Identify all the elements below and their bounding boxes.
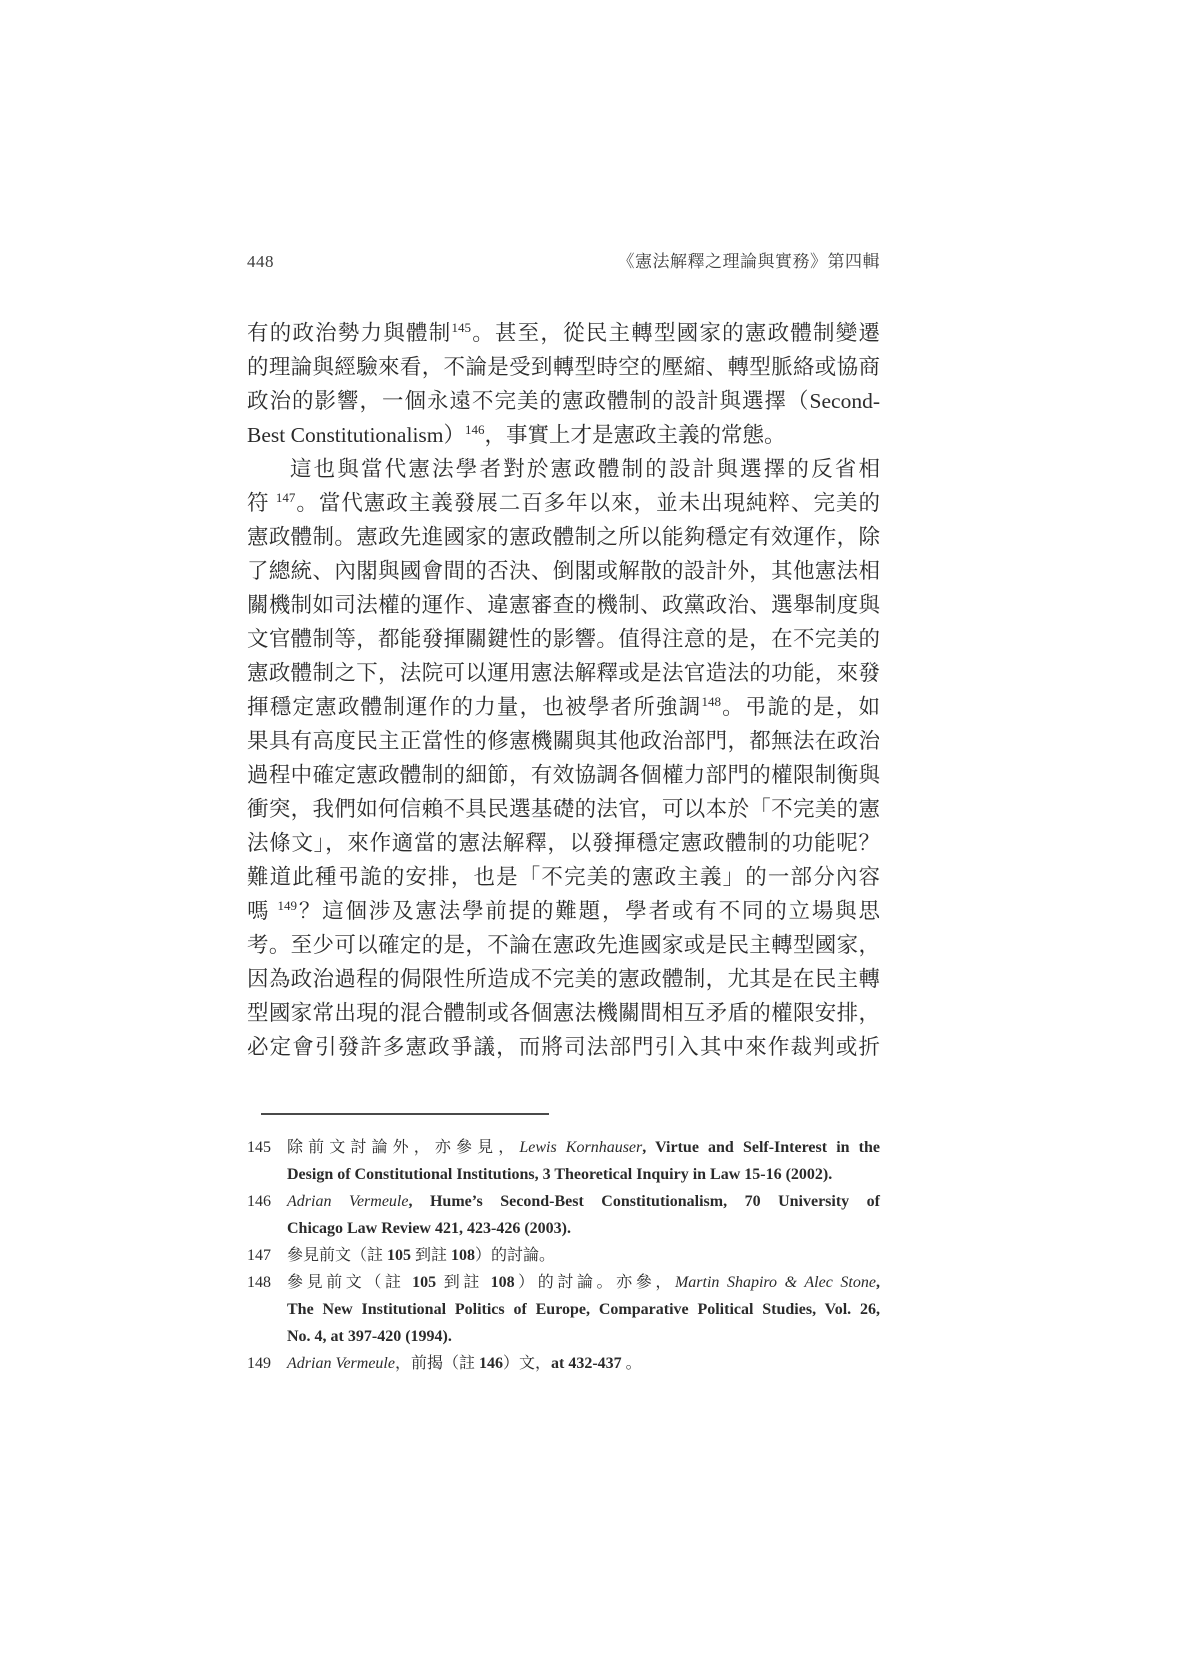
- running-head-title: 《憲法解釋之理論與實務》第四輯: [618, 252, 881, 272]
- text-segment: 果具有高度民主正當性的修憲機關與其他政治部門，都無法在政治: [247, 729, 880, 753]
- body-line: 文官體制等，都能發揮關鍵性的影響。值得注意的是，在不完美的: [247, 622, 880, 656]
- footnote-number: 145: [247, 1134, 287, 1188]
- footnote: 149Adrian Vermeule，前揭（註 146）文，at 432-437…: [247, 1350, 880, 1377]
- text-segment-bold: Design of Constitutional Institutions, 3…: [287, 1166, 832, 1183]
- text-segment-bold: Chicago Law Review 421, 423-426 (2003).: [287, 1220, 571, 1237]
- text-segment: 到註: [436, 1274, 490, 1291]
- text-segment: 政治的影響，一個永遠不完美的憲政體制的設計與選擇（Second-: [247, 389, 880, 413]
- text-segment: 過程中確定憲政體制的細節，有效協調各個權力部門的權限制衡與: [247, 763, 880, 787]
- text-segment: Best Constitutionalism）: [247, 423, 465, 447]
- body-line: Best Constitutionalism）146，事實上才是憲政主義的常態。: [247, 418, 880, 452]
- footnote-number: 149: [247, 1350, 287, 1377]
- body-line: 型國家常出現的混合體制或各個憲法機關間相互矛盾的權限安排，: [247, 996, 880, 1030]
- text-segment-bold: 108: [491, 1274, 515, 1291]
- footnote-text: Adrian Vermeule, Hume’s Second-Best Cons…: [287, 1188, 880, 1242]
- text-segment: 。弔詭的是，如: [721, 695, 880, 719]
- body-line: 因為政治過程的侷限性所造成不完美的憲政體制，尤其是在民主轉: [247, 962, 880, 996]
- text-segment: ）的討論。: [475, 1247, 555, 1264]
- body-line: 法條文」，來作適當的憲法解釋，以發揮穩定憲政體制的功能呢？: [247, 826, 880, 860]
- text-segment: 到註: [411, 1247, 451, 1264]
- text-segment: 型國家常出現的混合體制或各個憲法機關間相互矛盾的權限安排，: [247, 1001, 880, 1025]
- text-segment: 這也與當代憲法學者對於憲政體制的設計與選擇的反省相: [290, 457, 880, 481]
- text-segment: ，前揭（註: [395, 1355, 479, 1372]
- body-line: 關機制如司法權的運作、違憲審查的機制、政黨政治、選舉制度與: [247, 588, 880, 622]
- footnote-line: Design of Constitutional Institutions, 3…: [287, 1161, 880, 1188]
- scanned-book-page: { "page": { "number": "448", "header_tit…: [0, 0, 1177, 1664]
- footnote-ref: 145: [452, 320, 472, 335]
- text-segment: 憲政體制之下，法院可以運用憲法解釋或是法官造法的功能，來發: [247, 661, 880, 685]
- footnote-text: 除前文討論外，亦參見，Lewis Kornhauser, Virtue and …: [287, 1134, 880, 1188]
- text-segment: 法條文」，來作適當的憲法解釋，以發揮穩定憲政體制的功能呢？: [247, 831, 880, 855]
- footnote-number: 147: [247, 1242, 287, 1269]
- body-line: 必定會引發許多憲政爭議，而將司法部門引入其中來作裁判或折: [247, 1030, 880, 1064]
- footnote-separator: [261, 1113, 549, 1115]
- text-segment: 了總統、內閣與國會間的否決、倒閣或解散的設計外，其他憲法相: [247, 559, 880, 583]
- text-segment: 符: [247, 491, 276, 515]
- text-segment: 難道此種弔詭的安排，也是「不完美的憲政主義」的一部分內容: [247, 865, 880, 889]
- page-number: 448: [247, 252, 274, 272]
- footnote-text: Adrian Vermeule，前揭（註 146）文，at 432-437 。: [287, 1350, 880, 1377]
- text-segment: 。甚至，從民主轉型國家的憲政體制變遷: [471, 321, 880, 345]
- footnote-ref: 147: [276, 490, 296, 505]
- text-segment-bold: ,: [876, 1274, 880, 1291]
- page-header: 448 《憲法解釋之理論與實務》第四輯: [247, 252, 880, 272]
- footnote-line: 參見前文（註 105 到註 108）的討論。亦參，Martin Shapiro …: [287, 1269, 880, 1296]
- text-segment-bold: at 432-437: [551, 1355, 622, 1372]
- footnote: 147參見前文（註 105 到註 108）的討論。: [247, 1242, 880, 1269]
- text-segment: 有的政治勢力與體制: [247, 321, 452, 345]
- footnote: 148參見前文（註 105 到註 108）的討論。亦參，Martin Shapi…: [247, 1269, 880, 1350]
- footnote: 145除前文討論外，亦參見，Lewis Kornhauser, Virtue a…: [247, 1134, 880, 1188]
- body-line: 憲政體制。憲政先進國家的憲政體制之所以能夠穩定有效運作，除: [247, 520, 880, 554]
- text-segment: 嗎: [247, 899, 278, 923]
- body-line: 符 147。當代憲政主義發展二百多年以來，並未出現純粹、完美的: [247, 486, 880, 520]
- text-segment-bold: The New Institutional Politics of Europe…: [287, 1301, 880, 1318]
- text-segment: ）文，: [503, 1355, 551, 1372]
- text-segment-italic: Adrian Vermeule: [287, 1355, 395, 1372]
- body-line: 這也與當代憲法學者對於憲政體制的設計與選擇的反省相: [247, 452, 880, 486]
- footnote: 146Adrian Vermeule, Hume’s Second-Best C…: [247, 1188, 880, 1242]
- footnote-line: Adrian Vermeule，前揭（註 146）文，at 432-437 。: [287, 1350, 880, 1377]
- text-segment-bold: 108: [451, 1247, 475, 1264]
- body-line: 果具有高度民主正當性的修憲機關與其他政治部門，都無法在政治: [247, 724, 880, 758]
- text-segment: 參見前文（註: [287, 1274, 412, 1291]
- body-line: 過程中確定憲政體制的細節，有效協調各個權力部門的權限制衡與: [247, 758, 880, 792]
- text-segment-bold: 105: [387, 1247, 411, 1264]
- body-text: 有的政治勢力與體制145。甚至，從民主轉型國家的憲政體制變遷的理論與經驗來看，不…: [247, 316, 880, 1064]
- text-segment: 文官體制等，都能發揮關鍵性的影響。值得注意的是，在不完美的: [247, 627, 880, 651]
- text-segment: 衝突，我們如何信賴不具民選基礎的法官，可以本於「不完美的憲: [247, 797, 880, 821]
- text-segment: ？這個涉及憲法學前提的難題，學者或有不同的立場與思: [297, 899, 880, 923]
- text-segment: 因為政治過程的侷限性所造成不完美的憲政體制，尤其是在民主轉: [247, 967, 880, 991]
- text-segment: 。當代憲政主義發展二百多年以來，並未出現純粹、完美的: [295, 491, 880, 515]
- footnote-line: No. 4, at 397-420 (1994).: [287, 1323, 880, 1350]
- text-segment-italic: Lewis Kornhauser: [519, 1139, 642, 1156]
- body-line: 了總統、內閣與國會間的否決、倒閣或解散的設計外，其他憲法相: [247, 554, 880, 588]
- footnote-line: Adrian Vermeule, Hume’s Second-Best Cons…: [287, 1188, 880, 1215]
- footnotes: 145除前文討論外，亦參見，Lewis Kornhauser, Virtue a…: [247, 1134, 880, 1377]
- body-line: 揮穩定憲政體制運作的力量，也被學者所強調148。弔詭的是，如: [247, 690, 880, 724]
- body-line: 嗎 149？這個涉及憲法學前提的難題，學者或有不同的立場與思: [247, 894, 880, 928]
- body-line: 考。至少可以確定的是，不論在憲政先進國家或是民主轉型國家，: [247, 928, 880, 962]
- text-segment-bold: , Hume’s Second-Best Constitutionalism, …: [408, 1193, 880, 1210]
- footnote-number: 146: [247, 1188, 287, 1242]
- body-line: 政治的影響，一個永遠不完美的憲政體制的設計與選擇（Second-: [247, 384, 880, 418]
- footnote-text: 參見前文（註 105 到註 108）的討論。: [287, 1242, 880, 1269]
- text-segment: 憲政體制。憲政先進國家的憲政體制之所以能夠穩定有效運作，除: [247, 525, 880, 549]
- footnote-line: 除前文討論外，亦參見，Lewis Kornhauser, Virtue and …: [287, 1134, 880, 1161]
- text-segment: 。: [622, 1355, 642, 1372]
- footnote-text: 參見前文（註 105 到註 108）的討論。亦參，Martin Shapiro …: [287, 1269, 880, 1350]
- text-segment-bold: , Virtue and Self-Interest in the: [642, 1139, 880, 1156]
- body-line: 的理論與經驗來看，不論是受到轉型時空的壓縮、轉型脈絡或協商: [247, 350, 880, 384]
- body-line: 難道此種弔詭的安排，也是「不完美的憲政主義」的一部分內容: [247, 860, 880, 894]
- text-segment-bold: No. 4, at 397-420 (1994).: [287, 1328, 452, 1345]
- footnote-ref: 146: [465, 422, 485, 437]
- text-segment: 的理論與經驗來看，不論是受到轉型時空的壓縮、轉型脈絡或協商: [247, 355, 880, 379]
- text-segment: ，事實上才是憲政主義的常態。: [485, 423, 786, 447]
- text-segment-italic: Adrian Vermeule: [287, 1193, 408, 1210]
- footnote-ref: 149: [278, 898, 298, 913]
- text-segment: 必定會引發許多憲政爭議，而將司法部門引入其中來作裁判或折: [247, 1035, 880, 1059]
- text-segment: ）的討論。亦參，: [515, 1274, 675, 1291]
- body-line: 衝突，我們如何信賴不具民選基礎的法官，可以本於「不完美的憲: [247, 792, 880, 826]
- page-content: 448 《憲法解釋之理論與實務》第四輯 有的政治勢力與體制145。甚至，從民主轉…: [247, 252, 880, 1377]
- text-segment-bold: 105: [412, 1274, 436, 1291]
- text-segment-bold: 146: [479, 1355, 503, 1372]
- footnote-number: 148: [247, 1269, 287, 1350]
- text-segment: 關機制如司法權的運作、違憲審查的機制、政黨政治、選舉制度與: [247, 593, 880, 617]
- body-line: 憲政體制之下，法院可以運用憲法解釋或是法官造法的功能，來發: [247, 656, 880, 690]
- footnote-line: 參見前文（註 105 到註 108）的討論。: [287, 1242, 880, 1269]
- text-segment: 參見前文（註: [287, 1247, 387, 1264]
- footnote-ref: 148: [701, 694, 721, 709]
- body-line: 有的政治勢力與體制145。甚至，從民主轉型國家的憲政體制變遷: [247, 316, 880, 350]
- text-segment: 考。至少可以確定的是，不論在憲政先進國家或是民主轉型國家，: [247, 933, 880, 957]
- footnote-line: The New Institutional Politics of Europe…: [287, 1296, 880, 1323]
- text-segment: 揮穩定憲政體制運作的力量，也被學者所強調: [247, 695, 701, 719]
- text-segment: 除前文討論外，亦參見，: [287, 1139, 519, 1156]
- text-segment-italic: Martin Shapiro & Alec Stone: [675, 1274, 876, 1291]
- footnote-line: Chicago Law Review 421, 423-426 (2003).: [287, 1215, 880, 1242]
